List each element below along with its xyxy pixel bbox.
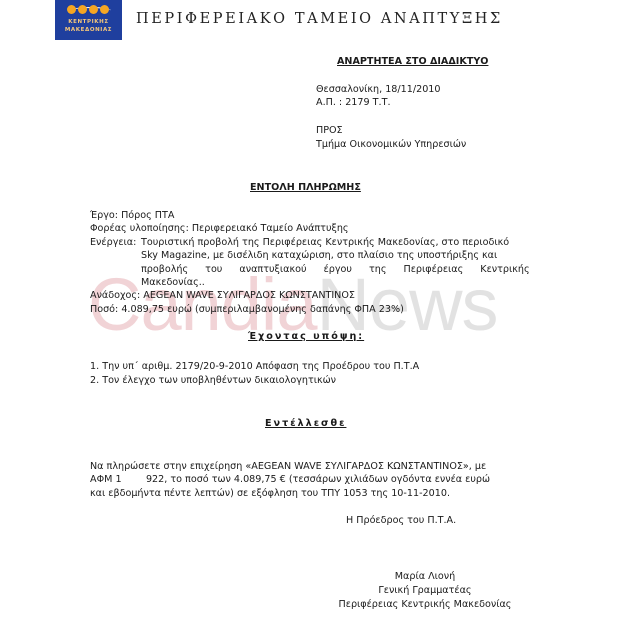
signature-block: Μαρία Λιονή Γενική Γραμματέας Περιφέρεια…: [300, 570, 550, 612]
field-action-line-4: Μακεδονίας..: [141, 277, 205, 288]
field-implementer: Φορέας υλοποίησης: Περιφερειακό Ταμείο Α…: [90, 223, 349, 234]
to-recipient: Τμήμα Οικονομικών Υπηρεσιών: [316, 139, 466, 150]
to-label: ΠΡΟΣ: [316, 125, 343, 136]
field-action-line-1: Τουριστική προβολή της Περιφέρειας Κεντρ…: [141, 237, 509, 248]
considering-heading: Έχοντας υπόψη:: [248, 331, 364, 342]
considering-item-2: 2. Τον έλεγχο των υποβληθέντων δικαιολογ…: [90, 375, 336, 386]
order-heading: Εντέλλεσθε: [265, 418, 346, 429]
field-amount: Ποσό: 4.089,75 ευρώ (συμπεριλαμβανομένης…: [90, 304, 404, 315]
order-line-3: και εβδομήντα πέντε λεπτών) σε εξόφληση …: [90, 488, 450, 499]
protocol-number: Α.Π. : 2179 Τ.Τ.: [316, 97, 391, 108]
field-contractor: Ανάδοχος: AEGEAN WAVE ΣΥΛΙΓΑΡΔΟΣ ΚΩΝΣΤΑΝ…: [90, 290, 355, 301]
field-action-line-3: προβολής του αναπτυξιακού έργου της Περι…: [141, 264, 530, 275]
signature-region: Περιφέρειας Κεντρικής Μακεδονίας: [300, 598, 550, 612]
logo-line-1: ΚΕΝΤΡΙΚΗΣ: [55, 19, 122, 25]
field-action-line-2: Sky Magazine, με δισέλιδη καταχώριση, στ…: [141, 250, 497, 261]
considering-item-1: 1. Την υπ΄ αριθμ. 2179/20-9-2010 Απόφαση…: [90, 361, 419, 372]
region-logo: ΚΕΝΤΡΙΚΗΣ ΜΑΚΕΔΟΝΙΑΣ: [55, 0, 122, 40]
logo-line-2: ΜΑΚΕΔΟΝΙΑΣ: [55, 27, 122, 33]
signature-title: Γενική Γραμματέας: [300, 584, 550, 598]
signature-role: Η Πρόεδρος του Π.Τ.Α.: [346, 515, 456, 526]
place-date: Θεσσαλονίκη, 18/11/2010: [316, 84, 441, 95]
order-line-1: Να πληρώσετε στην επιχείρηση «AEGEAN WAV…: [90, 461, 486, 472]
field-action-label: Ενέργεια:: [90, 237, 136, 248]
logo-dots-icon: [65, 5, 113, 15]
field-project: Έργο: Πόρος ΠΤΑ: [90, 210, 174, 221]
posting-note: ΑΝΑΡΤΗΤΕΑ ΣΤΟ ΔΙΑΔΙΚΤΥΟ: [337, 56, 488, 67]
document-title: ΕΝΤΟΛΗ ΠΛΗΡΩΜΗΣ: [250, 182, 361, 193]
order-line-2: ΑΦΜ 1 922, το ποσό των 4.089,75 € (τεσσά…: [90, 474, 490, 485]
organization-title: ΠΕΡΙΦΕΡΕΙΑΚΟ ΤΑΜΕΙΟ ΑΝΑΠΤΥΞΗΣ: [136, 11, 503, 27]
signature-name: Μαρία Λιονή: [300, 570, 550, 584]
